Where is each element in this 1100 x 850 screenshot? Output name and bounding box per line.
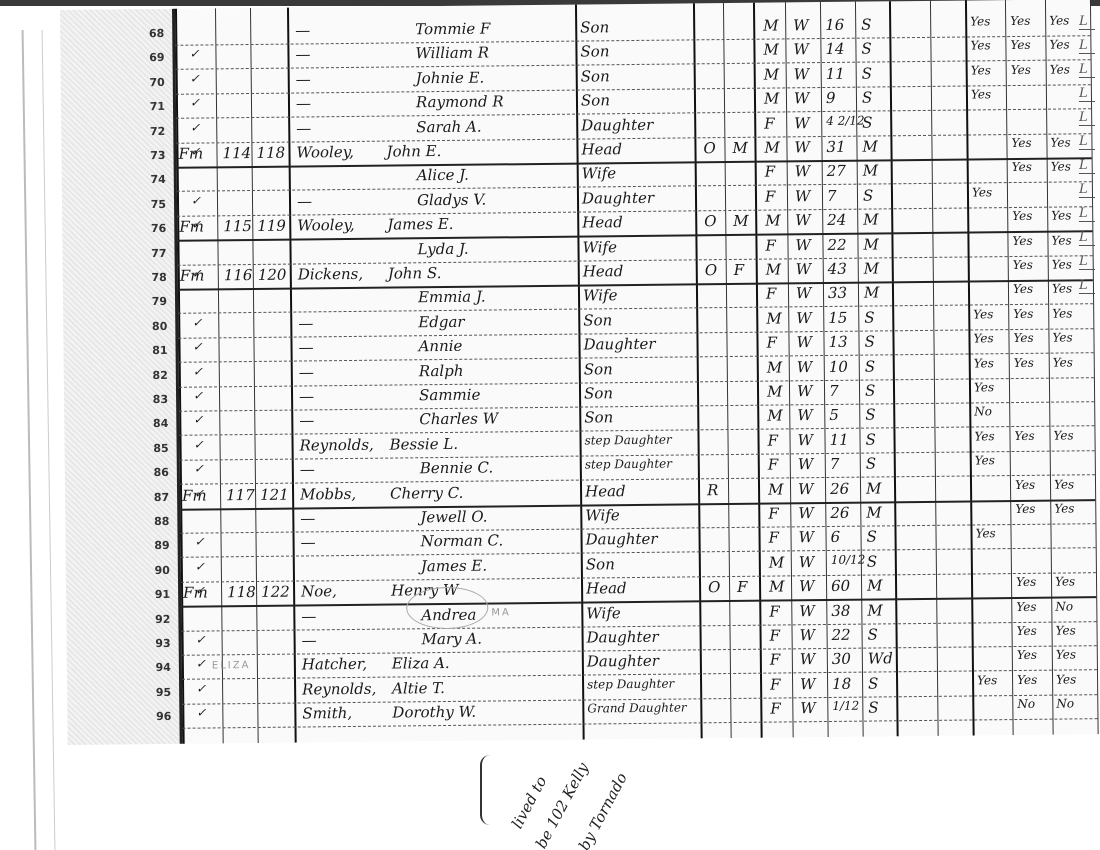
given-name: Altie T. (392, 679, 445, 698)
race: W (796, 285, 812, 303)
check-mark: ✓ (189, 47, 199, 61)
line-number-margin: 6869707172737475767778798081828384858687… (60, 9, 183, 745)
surname: — (295, 46, 310, 64)
age: 11 (829, 431, 848, 449)
home-type: F (737, 578, 748, 596)
relation: Son (580, 43, 609, 61)
age: 15 (828, 309, 847, 327)
age: 30 (832, 650, 851, 668)
adjacent-page-mark: L (1079, 110, 1095, 126)
line-number: 82 (124, 368, 168, 381)
home-owned: O (708, 578, 721, 596)
family-number: 122 (261, 583, 290, 601)
given-name: Annie (418, 337, 462, 355)
sex: M (763, 16, 779, 34)
adjacent-page-mark: L (1079, 86, 1095, 102)
age: 14 (825, 40, 844, 58)
relation: Head (583, 262, 624, 280)
attended-school: Yes (971, 87, 991, 101)
home-owned: O (703, 139, 716, 157)
given-name: Sarah A. (416, 117, 482, 136)
check-mark: ✓ (196, 633, 206, 647)
given-name: Cherry C. (390, 483, 463, 502)
race: W (797, 407, 813, 425)
marital-status: M (864, 284, 880, 302)
age: 6 (830, 528, 840, 546)
home-type: M (732, 139, 748, 157)
race: W (795, 236, 811, 254)
can-read-write: Yes (1015, 477, 1035, 491)
adjacent-page-mark: L (1079, 134, 1095, 150)
speaks-english: Yes (1056, 672, 1076, 686)
check-mark: ✓ (196, 681, 206, 695)
sex: F (764, 114, 775, 132)
age: 33 (828, 284, 847, 302)
marital-status: S (864, 333, 874, 351)
marital-status: S (865, 357, 875, 375)
age: 1/12 (832, 699, 859, 713)
relation: Daughter (581, 115, 653, 134)
check-mark: ✓ (193, 389, 203, 403)
race: W (796, 309, 812, 327)
relation: Son (584, 384, 613, 402)
home-owned: R (707, 481, 718, 499)
race: W (797, 431, 813, 449)
relation: Son (580, 18, 609, 36)
adjacent-page-mark: L (1079, 278, 1095, 294)
age: 31 (826, 138, 845, 156)
surname: — (302, 631, 317, 649)
sex: F (767, 431, 778, 449)
line-number: 68 (120, 27, 164, 40)
check-mark: ✓ (192, 315, 202, 329)
line-number: 87 (125, 490, 169, 503)
marital-status: S (865, 430, 875, 448)
relation: Son (584, 409, 613, 427)
surname: Wooley, (297, 216, 355, 235)
can-read-write: Yes (1011, 136, 1031, 150)
given-name: Sammie (419, 386, 481, 405)
given-name: William R (415, 44, 489, 63)
speaks-english: Yes (1054, 501, 1074, 515)
given-name: John S. (388, 264, 442, 283)
sex: M (766, 309, 782, 327)
sex: M (764, 65, 780, 83)
speaks-english: Yes (1051, 160, 1071, 174)
paper-edge-inner (42, 30, 56, 850)
dwelling-number: 114 (222, 144, 251, 162)
race: W (799, 626, 815, 644)
line-number: 76 (122, 222, 166, 235)
surname: — (301, 607, 316, 625)
sex: F (769, 602, 780, 620)
surname: — (296, 70, 311, 88)
sex: M (769, 553, 785, 571)
marital-status: S (865, 381, 875, 399)
relation: Head (585, 482, 626, 500)
relation: Wife (583, 287, 618, 305)
age: 22 (827, 235, 846, 253)
line-number: 91 (126, 588, 170, 601)
marital-status: S (867, 552, 877, 570)
family-number: 119 (257, 217, 286, 235)
can-read-write: Yes (1016, 624, 1036, 638)
family-number: 121 (260, 485, 289, 503)
marital-status: Wd (868, 650, 893, 668)
speaks-english: Yes (1055, 623, 1075, 637)
race: W (794, 114, 810, 132)
census-grid: —Tommie FSonMW16SYesYesYes✓—William RSon… (175, 0, 1098, 744)
race: W (794, 89, 810, 107)
check-mark: ✓ (195, 535, 205, 549)
can-read-write: Yes (1013, 258, 1033, 272)
attended-school: Yes (977, 673, 997, 687)
given-name: Ralph (419, 361, 464, 379)
race: W (795, 187, 811, 205)
can-read-write: Yes (1013, 307, 1033, 321)
line-number: 92 (126, 612, 170, 625)
relation: Head (582, 213, 623, 231)
given-name: John E. (386, 142, 441, 161)
sex: M (767, 358, 783, 376)
attended-school: Yes (972, 185, 992, 199)
given-name: Bennie C. (420, 459, 494, 478)
marital-status: S (862, 113, 872, 131)
race: W (800, 699, 816, 717)
adjacent-page-mark: L (1079, 38, 1095, 54)
surname: — (298, 314, 313, 332)
adjacent-page-edge: LLLLLLLLLLLL (1075, 10, 1100, 730)
attended-school: Yes (973, 307, 993, 321)
relation: Daughter (587, 628, 659, 647)
check-mark: ✓ (193, 364, 203, 378)
relation: Head (581, 140, 622, 158)
race: W (794, 65, 810, 83)
surname: Reynolds, (299, 436, 373, 455)
sex: F (766, 285, 777, 303)
check-mark: ✓ (194, 462, 204, 476)
can-read-write: Yes (1016, 575, 1036, 589)
surname: — (299, 387, 314, 405)
sex: M (764, 90, 780, 108)
surname: Hatcher, (302, 655, 367, 674)
attended-school: Yes (975, 527, 995, 541)
attended-school: Yes (971, 63, 991, 77)
given-name: Eliza A. (392, 654, 450, 673)
speaks-english: Yes (1052, 306, 1072, 320)
surname: — (300, 534, 315, 552)
age: 16 (825, 16, 844, 34)
race: W (799, 553, 815, 571)
line-number: 93 (127, 637, 171, 650)
surname: Noe, (301, 582, 337, 600)
marital-status: S (864, 308, 874, 326)
attended-school: Yes (975, 453, 995, 467)
age: 11 (826, 65, 845, 83)
speaks-english: Yes (1052, 257, 1072, 271)
line-number: 84 (124, 417, 168, 430)
check-mark: ✓ (190, 71, 200, 85)
can-read-write: Yes (1012, 209, 1032, 223)
race: W (797, 358, 813, 376)
surname: — (296, 95, 311, 113)
marital-status: M (866, 479, 882, 497)
can-read-write: Yes (1010, 38, 1030, 52)
can-read-write: Yes (1012, 233, 1032, 247)
line-number: 79 (123, 295, 167, 308)
sex: F (765, 187, 776, 205)
can-read-write: Yes (1012, 160, 1032, 174)
speaks-english: No (1055, 599, 1073, 613)
circled-note-text: MA (491, 607, 511, 618)
can-read-write: Yes (1015, 502, 1035, 516)
sex: F (768, 505, 779, 523)
sex: M (765, 212, 781, 230)
home-tenure: Fm (179, 218, 204, 236)
sex: M (768, 480, 784, 498)
speaks-english: Yes (1053, 355, 1073, 369)
sex: M (763, 41, 779, 59)
speaks-english: Yes (1055, 575, 1075, 589)
relation: Daughter (582, 189, 654, 208)
line-number: 73 (121, 149, 165, 162)
attended-school: Yes (974, 380, 994, 394)
relation: Daughter (587, 652, 659, 671)
given-name: James E. (387, 215, 453, 234)
check-mark: ✓ (190, 120, 200, 134)
surname: — (299, 363, 314, 381)
age: 27 (827, 162, 846, 180)
race: W (798, 504, 814, 522)
attended-school: Yes (970, 14, 990, 28)
sex: F (770, 675, 781, 693)
speaks-english: Yes (1052, 282, 1072, 296)
relation: Head (586, 579, 627, 597)
surname: — (300, 509, 315, 527)
speaks-english: Yes (1052, 331, 1072, 345)
marital-status: S (867, 625, 877, 643)
check-mark: ✓ (191, 193, 201, 207)
family-number: 118 (256, 144, 285, 162)
given-name: Gladys V. (417, 190, 486, 209)
age: 7 (827, 187, 837, 205)
race: W (796, 333, 812, 351)
marital-status: M (866, 503, 882, 521)
race: W (798, 480, 814, 498)
given-name: Bessie L. (389, 435, 458, 454)
attended-school: Yes (974, 429, 994, 443)
check-mark: ✓ (196, 706, 206, 720)
check-mark: ✓ (192, 340, 202, 354)
attended-school: No (974, 405, 992, 419)
relation: Wife (582, 238, 617, 256)
marital-status: M (863, 211, 879, 229)
home-owned: O (705, 261, 718, 279)
line-number: 94 (127, 661, 171, 674)
given-name: James E. (421, 556, 487, 575)
speaks-english: Yes (1054, 477, 1074, 491)
sex: M (769, 578, 785, 596)
given-name: Tommie F (415, 19, 490, 38)
relation: Son (581, 67, 610, 85)
sex: F (765, 236, 776, 254)
check-mark: ✓ (193, 413, 203, 427)
family-number: 120 (258, 266, 287, 284)
race: W (799, 577, 815, 595)
given-name: Edgar (418, 313, 464, 331)
marital-status: M (863, 162, 879, 180)
given-name: Raymond R (416, 93, 504, 112)
line-number: 95 (127, 686, 171, 699)
marital-status: S (861, 40, 871, 58)
relation: Son (584, 360, 613, 378)
home-tenure: Fm (178, 145, 203, 163)
surname: Mobbs, (300, 485, 356, 504)
line-number: 83 (124, 393, 168, 406)
sex: F (766, 334, 777, 352)
dwelling-number: 117 (226, 486, 255, 504)
adjacent-page-mark: L (1079, 230, 1095, 246)
race: W (794, 138, 810, 156)
relation: step Daughter (584, 432, 671, 447)
sex: F (768, 529, 779, 547)
line-number: 72 (121, 124, 165, 137)
line-number: 74 (122, 173, 166, 186)
census-sheet: 6869707172737475767778798081828384858687… (60, 0, 1098, 745)
race: W (800, 675, 816, 693)
relation: Wife (585, 506, 620, 524)
given-name: Alice J. (417, 166, 469, 185)
marital-status: S (861, 16, 871, 34)
race: W (798, 529, 814, 547)
home-owned: O (704, 212, 717, 230)
marital-status: S (865, 406, 875, 424)
surname: Dickens, (298, 265, 364, 284)
surname: — (296, 119, 311, 137)
line-number: 69 (120, 51, 164, 64)
can-read-write: Yes (1013, 282, 1033, 296)
home-type: M (733, 212, 749, 230)
paper-edge (22, 30, 37, 850)
line-number: 81 (124, 344, 168, 357)
age: 9 (826, 89, 836, 107)
check-mark: ✓ (193, 437, 203, 451)
relation: Daughter (585, 530, 657, 549)
age: 4 2/12 (826, 113, 865, 127)
surname: — (299, 412, 314, 430)
race: W (796, 260, 812, 278)
relation: Grand Daughter (587, 701, 686, 716)
given-name: Lyda J. (417, 239, 468, 258)
age: 7 (830, 455, 840, 473)
surname: — (297, 192, 312, 210)
attended-school: Yes (973, 331, 993, 345)
given-name: Jewell O. (420, 508, 487, 527)
check-mark: ✓ (196, 657, 206, 671)
speaks-english: Yes (1049, 13, 1069, 27)
relation: Son (583, 311, 612, 329)
surname: Reynolds, (302, 680, 376, 699)
speaks-english: Yes (1051, 233, 1071, 247)
marital-status: M (863, 235, 879, 253)
dwelling-number: 115 (223, 217, 252, 235)
line-number: 88 (125, 515, 169, 528)
attended-school: Yes (970, 39, 990, 53)
race: W (793, 41, 809, 59)
race: W (795, 211, 811, 229)
race: W (799, 602, 815, 620)
marital-status: S (862, 64, 872, 82)
given-name: Dorothy W. (392, 703, 476, 722)
sex: M (767, 382, 783, 400)
adjacent-page-mark: L (1079, 254, 1095, 270)
given-name: Emmia J. (418, 288, 486, 307)
marital-status: S (868, 699, 878, 717)
age: 43 (828, 260, 847, 278)
can-read-write: No (1017, 697, 1035, 711)
sex: F (768, 456, 779, 474)
race: W (798, 455, 814, 473)
attended-school: Yes (974, 356, 994, 370)
line-number: 77 (122, 246, 166, 259)
age: 13 (828, 333, 847, 351)
surname: — (295, 21, 310, 39)
speaks-english: Yes (1050, 135, 1070, 149)
race: W (795, 163, 811, 181)
can-read-write: Yes (1014, 355, 1034, 369)
marital-status: S (866, 455, 876, 473)
dwelling-number: 116 (224, 266, 253, 284)
sex: M (767, 407, 783, 425)
line-number: 80 (123, 320, 167, 333)
surname: Smith, (302, 704, 352, 723)
given-name: Norman C. (420, 532, 503, 551)
age: 26 (830, 504, 849, 522)
pencil-annotation: ELIZA (212, 660, 251, 671)
marital-status: S (868, 674, 878, 692)
age: 10 (829, 357, 848, 375)
marital-status: M (862, 137, 878, 155)
home-tenure: Fm (182, 486, 207, 504)
dwelling-number: 118 (227, 583, 256, 601)
sex: F (769, 626, 780, 644)
marital-status: M (864, 259, 880, 277)
age: 7 (829, 382, 839, 400)
race: W (793, 16, 809, 34)
sex: M (764, 138, 780, 156)
can-read-write: Yes (1014, 429, 1034, 443)
check-mark: ✓ (195, 559, 205, 573)
relation: Son (581, 91, 610, 109)
relation: step Daughter (585, 457, 672, 472)
can-read-write: Yes (1011, 63, 1031, 77)
adjacent-page-mark: L (1079, 158, 1095, 174)
sex: M (766, 260, 782, 278)
age: 18 (832, 675, 851, 693)
can-read-write: Yes (1017, 673, 1037, 687)
speaks-english: Yes (1050, 62, 1070, 76)
adjacent-page-mark: L (1079, 62, 1095, 78)
home-type: F (734, 261, 745, 279)
marital-status: M (867, 601, 883, 619)
marital-status: S (862, 89, 872, 107)
race: W (797, 382, 813, 400)
speaks-english: Yes (1051, 209, 1071, 223)
surname: Wooley, (296, 143, 354, 162)
line-number: 75 (122, 198, 166, 211)
line-number: 71 (121, 100, 165, 113)
marital-status: S (863, 186, 873, 204)
